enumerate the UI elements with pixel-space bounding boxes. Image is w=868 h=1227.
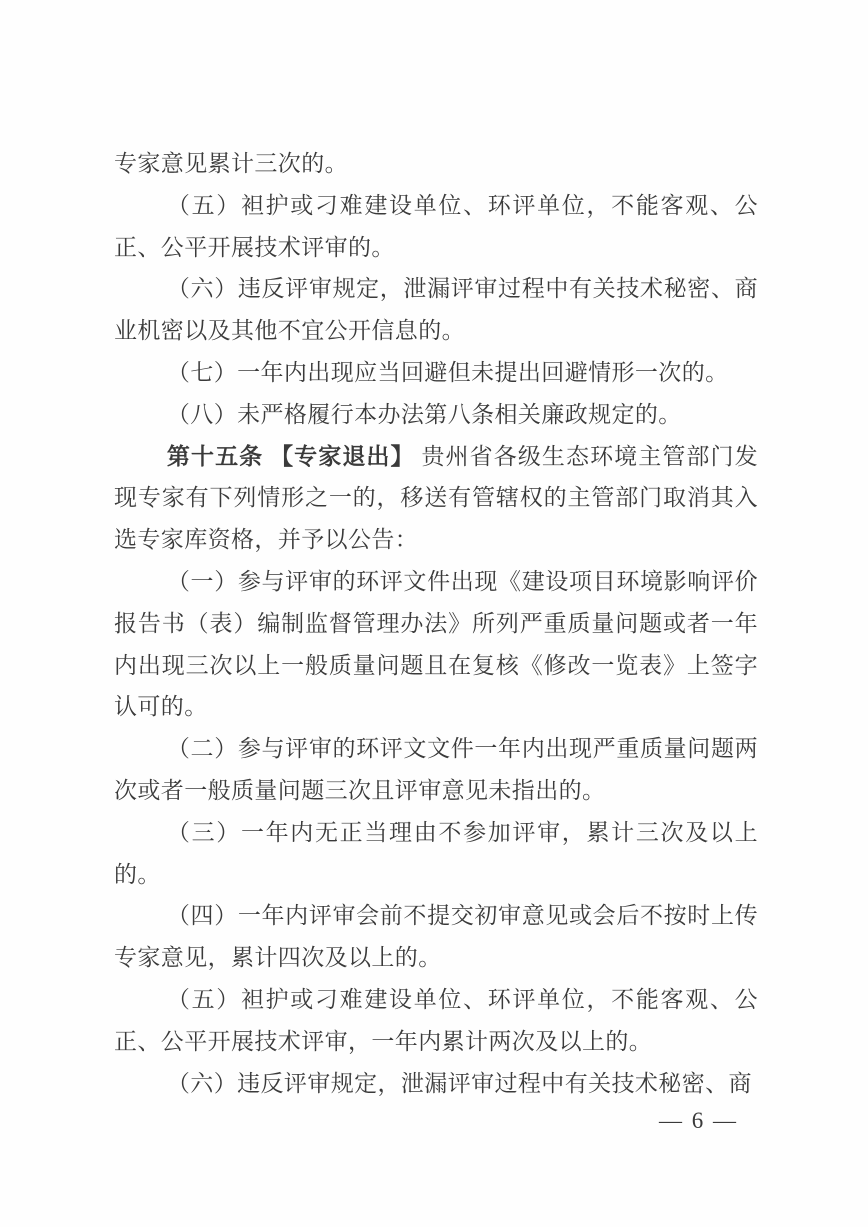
clause-item-5a: （五）袒护或刁难建设单位、环评单位，不能客观、公正、公平开展技术评审的。 [114, 185, 758, 269]
clause-item-5b: （五）袒护或刁难建设单位、环评单位，不能客观、公正、公平开展技术评审，一年内累计… [114, 979, 758, 1063]
document-page: 专家意见累计三次的。 （五）袒护或刁难建设单位、环评单位，不能客观、公正、公平开… [0, 0, 868, 1227]
clause-item-3: （三）一年内无正当理由不参加评审，累计三次及以上的。 [114, 812, 758, 896]
page-number: — 6 — [659, 1108, 738, 1134]
clause-item-2: （二）参与评审的环评文文件一年内出现严重质量问题两次或者一般质量问题三次且评审意… [114, 728, 758, 812]
document-body: 专家意见累计三次的。 （五）袒护或刁难建设单位、环评单位，不能客观、公正、公平开… [114, 143, 758, 1104]
clause-item-7: （七）一年内出现应当回避但未提出回避情形一次的。 [114, 352, 758, 394]
clause-item-4: （四）一年内评审会前不提交初审意见或会后不按时上传专家意见，累计四次及以上的。 [114, 895, 758, 979]
article-15-paragraph: 第十五条 【专家退出】 贵州省各级生态环境主管部门发现专家有下列情形之一的，移送… [114, 436, 758, 561]
clause-item-8: （八）未严格履行本办法第八条相关廉政规定的。 [114, 394, 758, 436]
clause-item-6b: （六）违反评审规定，泄漏评审过程中有关技术秘密、商 [114, 1063, 758, 1105]
clause-item-6a: （六）违反评审规定，泄漏评审过程中有关技术秘密、商业机密以及其他不宜公开信息的。 [114, 268, 758, 352]
article-15-heading: 第十五条 【专家退出】 [167, 444, 415, 469]
clause-item-1: （一）参与评审的环评文件出现《建设项目环境影响评价报告书（表）编制监督管理办法》… [114, 561, 758, 728]
paragraph-continuation: 专家意见累计三次的。 [114, 143, 758, 185]
